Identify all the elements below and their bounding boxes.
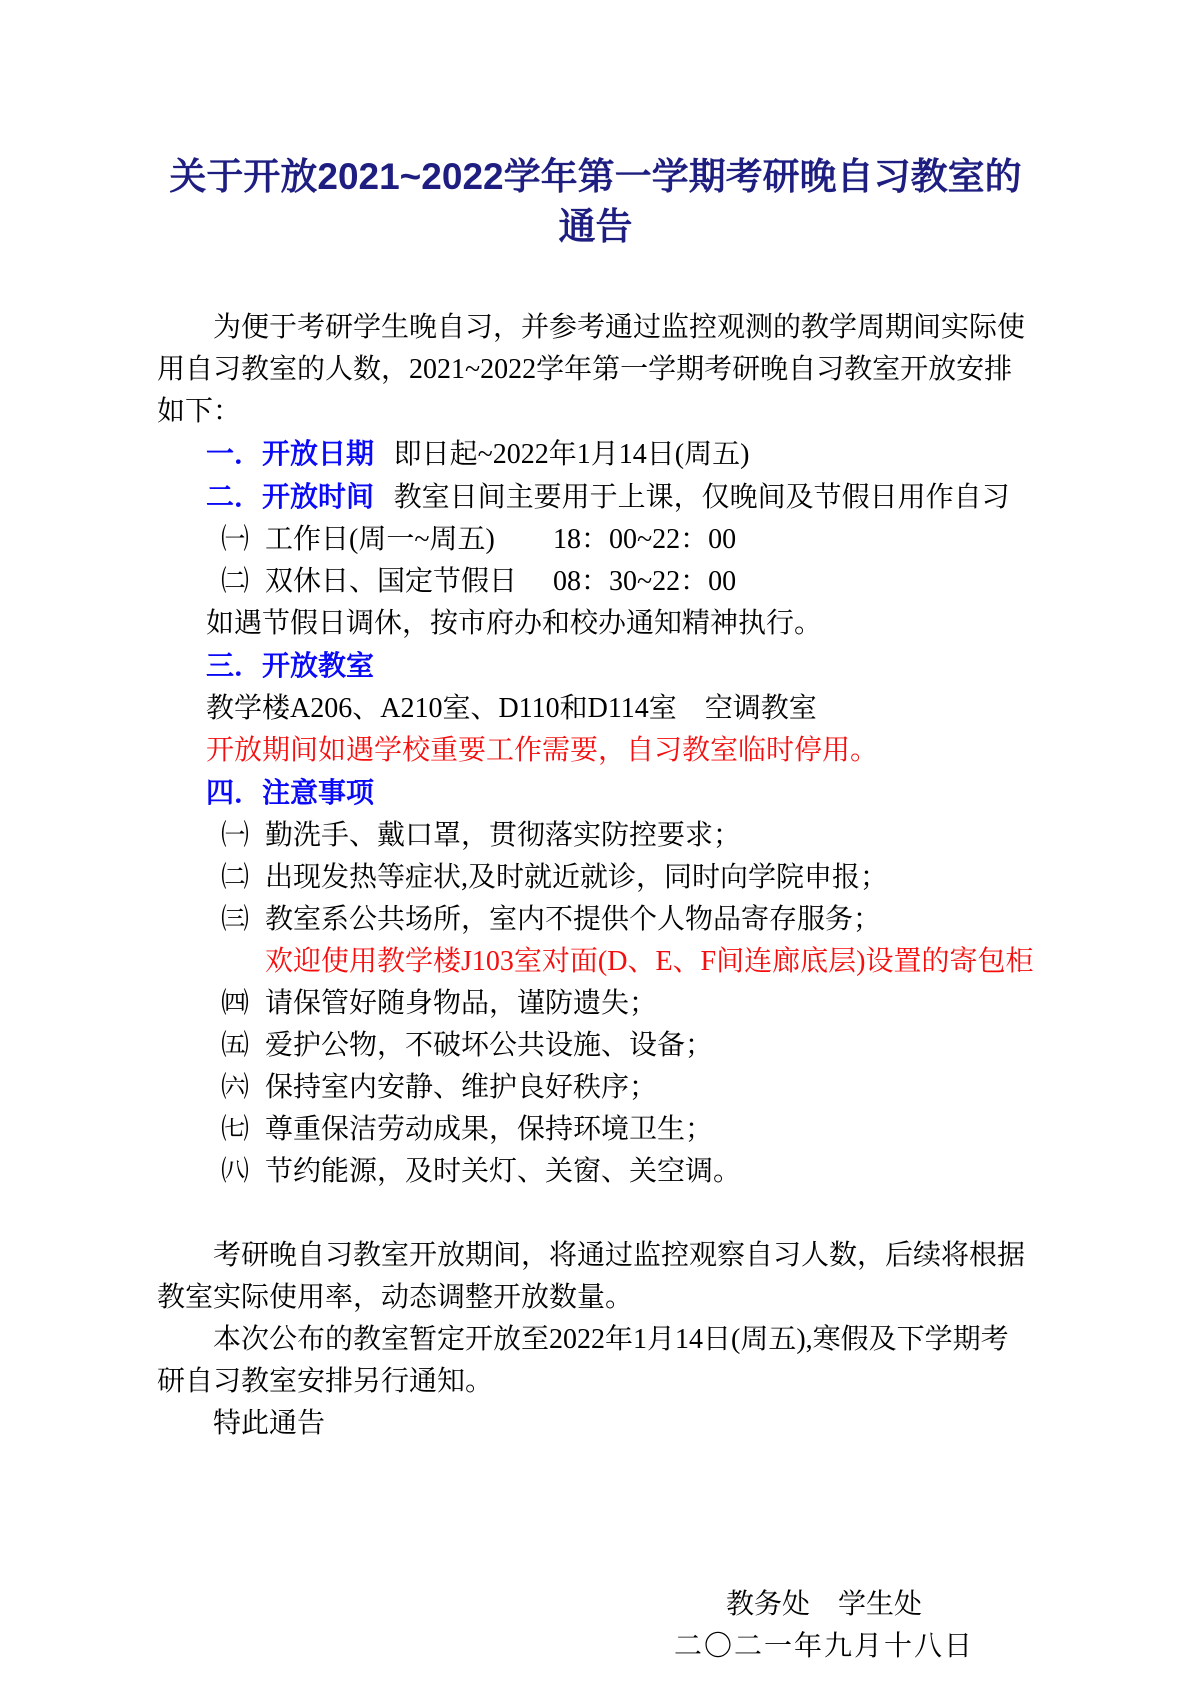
signature-department: 教务处 学生处: [674, 1584, 974, 1626]
note-item-text: 爱护公物，不破坏公共设施、设备；: [265, 1030, 713, 1061]
schedule-label: 双休日、国定节假日: [265, 561, 553, 603]
note-item-8: ㈧ 节约能源，及时关灯、关窗、关空调。: [157, 1151, 1034, 1193]
item-marker: ㈡: [221, 561, 249, 603]
signature-date: 二〇二一年九月十八日: [674, 1626, 974, 1668]
item-marker: ㈠: [221, 815, 249, 857]
item-marker: ㈣: [221, 983, 249, 1025]
note-item-4: ㈣ 请保管好随身物品，谨防遗失；: [157, 983, 1034, 1025]
item-marker: ㈦: [221, 1109, 249, 1151]
note-item-text: 尊重保洁劳动成果，保持环境卫生；: [265, 1114, 713, 1145]
notice-title: 关于开放2021~2022学年第一学期考研晚自习教室的通告: [157, 152, 1034, 252]
section-open-date: 一．开放日期即日起~2022年1月14日(周五): [157, 433, 1034, 476]
note-item-6: ㈥ 保持室内安静、维护良好秩序；: [157, 1067, 1034, 1109]
note-item-1: ㈠ 勤洗手、戴口罩，贯彻落实防控要求；: [157, 815, 1034, 857]
section-open-rooms: 三．开放教室: [157, 645, 1034, 688]
section-notes-heading: 四．注意事项: [206, 777, 374, 808]
schedule-time: 18：00~22：00: [553, 524, 736, 555]
item-marker: ㈠: [221, 519, 249, 561]
note-item-2: ㈡ 出现发热等症状,及时就近就诊，同时向学院申报；: [157, 857, 1034, 899]
notice-document: 关于开放2021~2022学年第一学期考研晚自习教室的通告 为便于考研学生晚自习…: [0, 0, 1191, 1684]
note-item-3: ㈢ 教室系公共场所，室内不提供个人物品寄存服务；: [157, 899, 1034, 941]
note-item-text: 保持室内安静、维护良好秩序；: [265, 1072, 657, 1103]
signature-block: 教务处 学生处 二〇二一年九月十八日: [674, 1584, 974, 1668]
section-notes: 四．注意事项: [157, 772, 1034, 815]
note-item-text: 教室系公共场所，室内不提供个人物品寄存服务；: [265, 904, 881, 935]
section-open-date-text: 即日起~2022年1月14日(周五): [394, 439, 750, 470]
section-open-date-heading: 一．开放日期: [206, 438, 374, 469]
note-item-text: 请保管好随身物品，谨防遗失；: [265, 988, 657, 1019]
section-open-time-heading: 二．开放时间: [206, 481, 374, 512]
item-marker: ㈥: [221, 1067, 249, 1109]
note-item-text: 节约能源，及时关灯、关窗、关空调。: [265, 1156, 741, 1187]
item-marker: ㈢: [221, 899, 249, 941]
closing-statement: 特此通告: [157, 1403, 1034, 1445]
section-open-time-text: 教室日间主要用于上课，仅晚间及节假日用作自习: [394, 482, 1010, 513]
suspension-alert: 开放期间如遇学校重要工作需要，自习教室临时停用。: [157, 730, 1034, 772]
holiday-note: 如遇节假日调休，按市府办和校办通知精神执行。: [157, 603, 1034, 645]
closing-paragraph-2: 本次公布的教室暂定开放至2022年1月14日(周五),寒假及下学期考研自习教室安…: [157, 1319, 1034, 1403]
section-open-time: 二．开放时间教室日间主要用于上课，仅晚间及节假日用作自习: [157, 476, 1034, 519]
rooms-list: 教学楼A206、A210室、D110和D114室 空调教室: [157, 688, 1034, 730]
note-item-text: 出现发热等症状,及时就近就诊，同时向学院申报；: [265, 862, 888, 893]
item-marker: ㈧: [221, 1151, 249, 1193]
schedule-row-weekend: ㈡ 双休日、国定节假日08：30~22：00: [157, 561, 1034, 603]
note-item-7: ㈦ 尊重保洁劳动成果，保持环境卫生；: [157, 1109, 1034, 1151]
item-marker: ㈡: [221, 857, 249, 899]
note-item-5: ㈤ 爱护公物，不破坏公共设施、设备；: [157, 1025, 1034, 1067]
schedule-label: 工作日(周一~周五): [265, 519, 553, 561]
intro-paragraph: 为便于考研学生晚自习，并参考通过监控观测的教学周期间实际使用自习教室的人数，20…: [157, 307, 1034, 433]
schedule-row-weekday: ㈠ 工作日(周一~周五)18：00~22：00: [157, 519, 1034, 561]
schedule-time: 08：30~22：00: [553, 566, 736, 597]
note-item-text: 勤洗手、戴口罩，贯彻落实防控要求；: [265, 820, 741, 851]
closing-paragraph-1: 考研晚自习教室开放期间，将通过监控观察自习人数，后续将根据教室实际使用率，动态调…: [157, 1235, 1034, 1319]
section-open-rooms-heading: 三．开放教室: [206, 650, 374, 681]
locker-alert: 欢迎使用教学楼J103室对面(D、E、F间连廊底层)设置的寄包柜: [157, 941, 1034, 983]
item-marker: ㈤: [221, 1025, 249, 1067]
